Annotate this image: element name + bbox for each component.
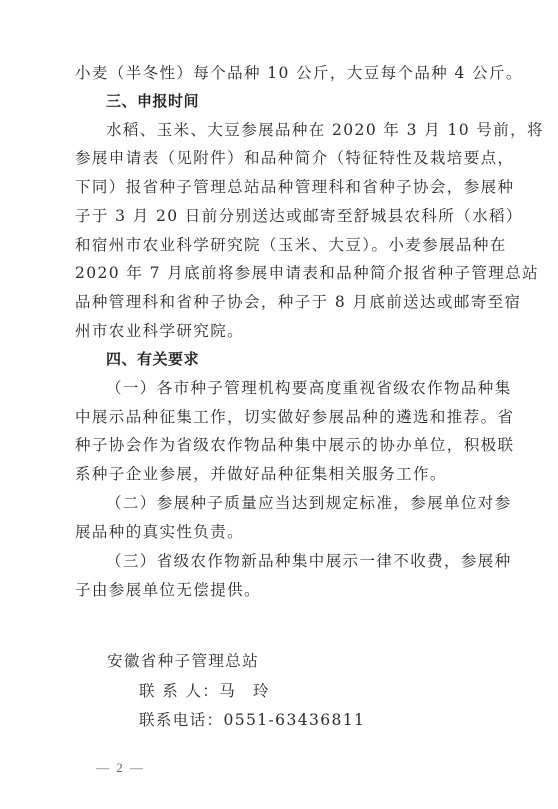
paragraph-line: （二）参展种子质量应当达到规定标准，参展单位对参	[106, 493, 526, 513]
signature-organization: 安徽省种子管理总站	[107, 651, 527, 671]
paragraph-line: 小麦（半冬性）每个品种 10 公斤，大豆每个品种 4 公斤。	[75, 63, 495, 83]
paragraph-line: 2020 年 7 月底前将参展申请表和品种简介报省种子管理总站	[75, 263, 495, 283]
paragraph-line: （一）各市种子管理机构要高度重视省级农作物品种集	[106, 378, 526, 398]
paragraph-line: 子于 3 月 20 日前分别送达或邮寄至舒城县农科所（水稻）	[75, 206, 495, 226]
paragraph-line: 和宿州市农业科学研究院（玉米、大豆）。小麦参展品种在	[75, 235, 495, 255]
paragraph-line: 下同）报省种子管理总站品种管理科和省种子协会，参展种	[75, 177, 495, 197]
paragraph-line: 系种子企业参展，并做好品种征集相关服务工作。	[75, 464, 495, 484]
signature-contact-person: 联 系 人：马 玲	[139, 681, 558, 701]
signature-contact-phone: 联系电话：0551-63436811	[139, 710, 558, 730]
paragraph-line: 展品种的真实性负责。	[75, 522, 495, 542]
paragraph-line: 子由参展单位无偿提供。	[75, 580, 495, 600]
paragraph-line: 品种管理科和省种子协会，种子于 8 月底前送达或邮寄至宿	[75, 292, 495, 312]
paragraph-line: 州市农业科学研究院。	[75, 321, 495, 341]
paragraph-line: （三）省级农作物新品种集中展示一律不收费，参展种	[106, 551, 526, 571]
page-number: — 2 —	[96, 760, 145, 776]
paragraph-line: 水稻、玉米、大豆参展品种在 2020 年 3 月 10 号前，将	[106, 120, 526, 140]
paragraph-line: 中展示品种征集工作，切实做好参展品种的遴选和推荐。省	[75, 407, 495, 427]
paragraph-line: 参展申请表（见附件）和品种简介（特征特性及栽培要点，	[75, 148, 495, 168]
section-heading-3: 三、申报时间	[106, 91, 526, 111]
paragraph-line: 种子协会作为省级农作物品种集中展示的协办单位，积极联	[75, 435, 495, 455]
section-heading-4: 四、有关要求	[106, 349, 526, 369]
